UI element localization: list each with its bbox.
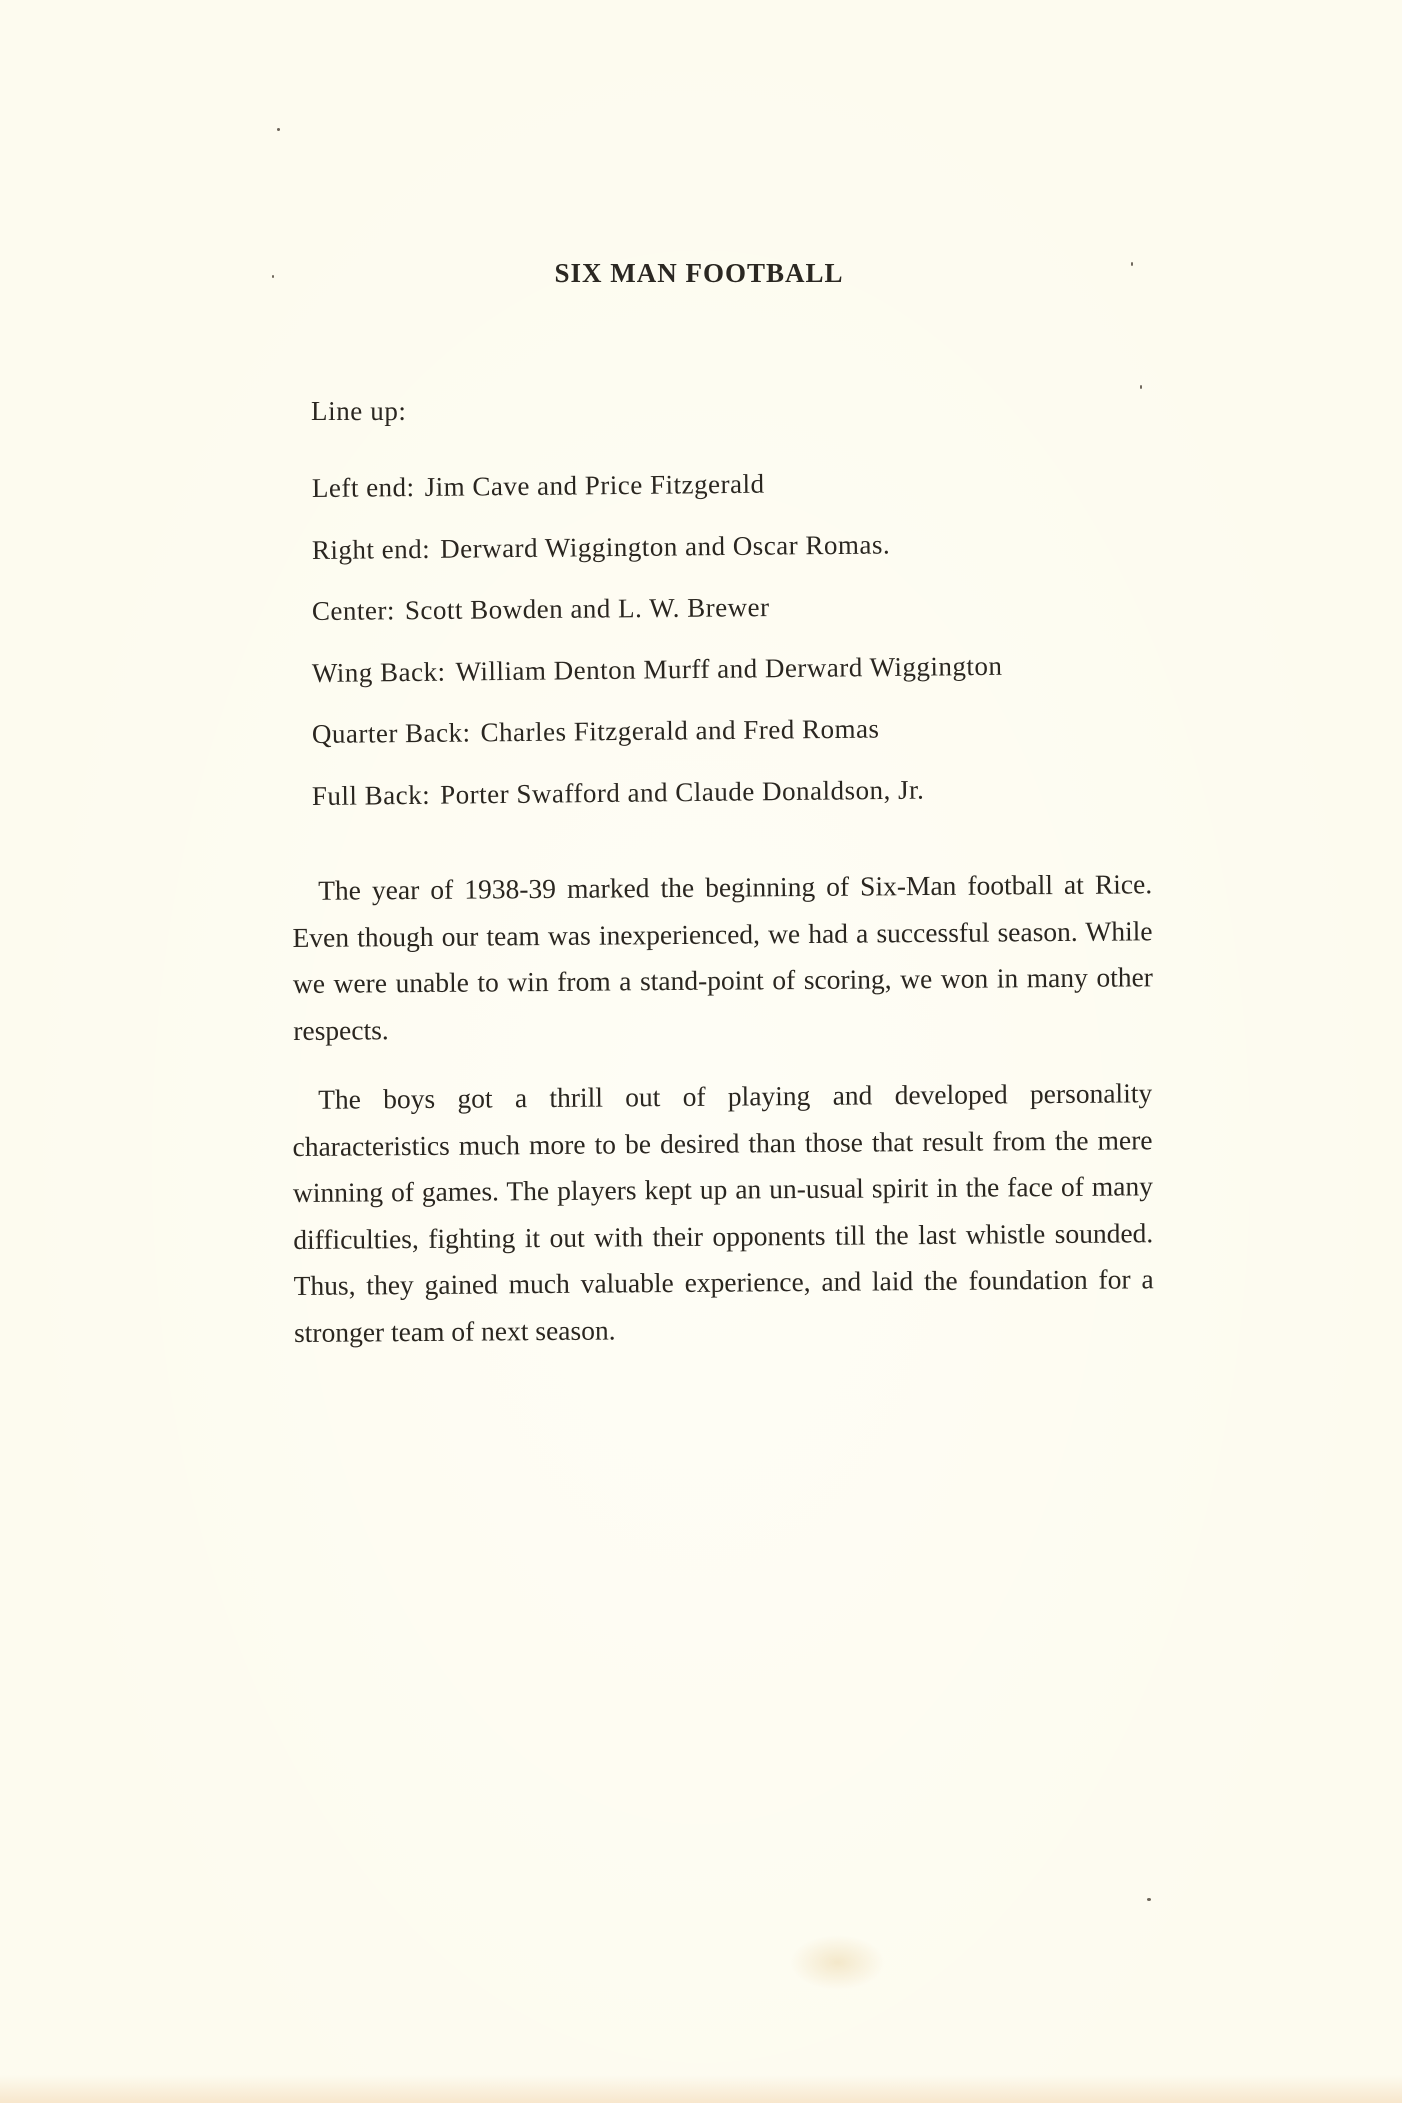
position-label: Full Back: — [312, 779, 431, 810]
scanned-page: SIX MAN FOOTBALL Line up: Left end:Jim C… — [0, 0, 1402, 2103]
players: Porter Swafford and Claude Donaldson, Jr… — [440, 774, 924, 809]
players: Derward Wiggington and Oscar Romas. — [440, 529, 890, 563]
paper-speck — [1147, 1898, 1151, 1901]
lineup-item-quarter-back: Quarter Back:Charles Fitzgerald and Fred… — [312, 707, 1003, 775]
paper-speck — [1131, 262, 1133, 266]
position-label: Left end: — [312, 472, 415, 503]
players: Jim Cave and Price Fitzgerald — [424, 469, 764, 502]
page-title-text: SIX MAN FOOTBALL — [554, 258, 843, 288]
position-label: Quarter Back: — [312, 717, 471, 749]
page-bottom-edge — [0, 2075, 1402, 2103]
lineup-item-left-end: Left end:Jim Cave and Price Fitzgerald — [312, 461, 1003, 529]
position-label: Wing Back: — [312, 656, 446, 687]
lineup-item-right-end: Right end:Derward Wiggington and Oscar R… — [312, 523, 1003, 591]
page-title: SIX MAN FOOTBALL — [0, 258, 1402, 289]
players: Scott Bowden and L. W. Brewer — [405, 592, 770, 625]
paragraph-team-spirit: The boys got a thrill out of playing and… — [292, 1070, 1154, 1356]
paper-speck — [277, 128, 280, 131]
lineup-item-wing-back: Wing Back:William Denton Murff and Derwa… — [312, 645, 1003, 714]
lineup-item-center: Center:Scott Bowden and L. W. Brewer — [312, 585, 1003, 653]
lineup-heading: Line up: — [311, 396, 407, 427]
position-label: Right end: — [312, 533, 431, 564]
paper-speck — [272, 275, 274, 278]
lineup-list: Left end:Jim Cave and Price Fitzgerald R… — [312, 468, 1003, 837]
paragraph-season-summary: The year of 1938-39 marked the beginning… — [292, 861, 1153, 1054]
position-label: Center: — [312, 595, 395, 626]
lineup-item-full-back: Full Back:Porter Swafford and Claude Don… — [312, 768, 1003, 837]
players: Charles Fitzgerald and Fred Romas — [480, 714, 879, 748]
players: William Denton Murff and Derward Wigging… — [455, 650, 1002, 686]
paper-speck — [1140, 385, 1142, 389]
paper-stain — [790, 1935, 885, 1990]
